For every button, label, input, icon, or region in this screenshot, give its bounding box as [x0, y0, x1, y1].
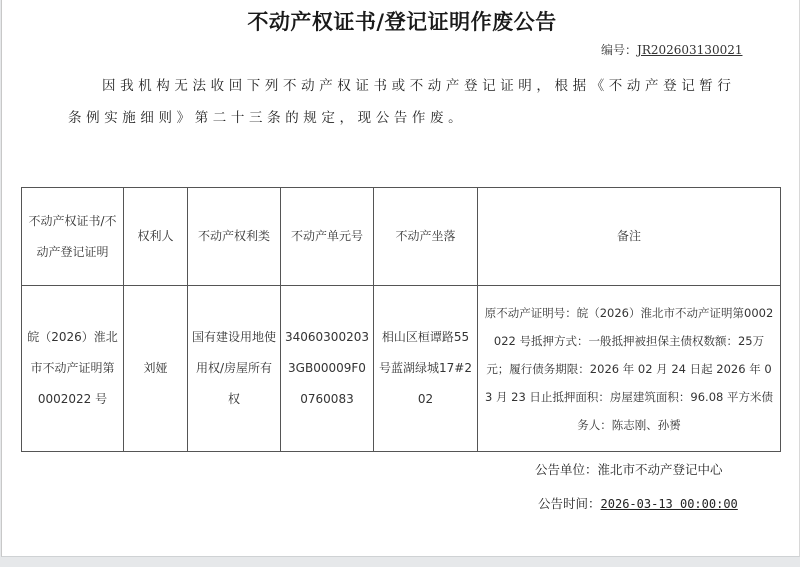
header-right-holder: 权利人: [124, 188, 188, 286]
header-unit-number: 不动产单元号: [281, 188, 374, 286]
serial-label: 编号：: [601, 43, 637, 57]
header-location: 不动产坐落: [374, 188, 478, 286]
cell-remark: 原不动产证明号：皖（2026）淮北市不动产证明第0002022 号抵押方式：一般…: [478, 286, 781, 452]
announcing-unit: 公告单位：淮北市不动产登记中心: [535, 460, 723, 478]
intro-paragraph: 因我机构无法收回下列不动产权证书或不动产登记证明，根据《不动产登记暂行条例实施细…: [68, 70, 736, 134]
cell-right-type: 国有建设用地使用权/房屋所有权: [188, 286, 281, 452]
announcement-time: 公告时间：2026-03-13 00:00:00: [538, 494, 738, 512]
header-certificate: 不动产权证书/不动产登记证明: [22, 188, 124, 286]
void-certificate-table: 不动产权证书/不动产登记证明 权利人 不动产权利类 不动产单元号 不动产坐落 备…: [21, 187, 781, 452]
notice-page: 不动产权证书/登记证明作废公告 编号：JR202603130021 因我机构无法…: [1, 0, 800, 557]
time-label: 公告时间：: [538, 496, 601, 511]
page-title: 不动产权证书/登记证明作废公告: [2, 6, 800, 36]
header-remark: 备注: [478, 188, 781, 286]
cell-unit-number: 340603002033GB00009F00760083: [281, 286, 374, 452]
table-header-row: 不动产权证书/不动产登记证明 权利人 不动产权利类 不动产单元号 不动产坐落 备…: [22, 188, 781, 286]
header-right-type: 不动产权利类: [188, 188, 281, 286]
cell-location: 相山区桓谭路55号蓝湖绿城17#202: [374, 286, 478, 452]
serial-value: JR202603130021: [637, 43, 742, 57]
cell-right-holder: 刘娅: [124, 286, 188, 452]
serial-number: 编号：JR202603130021: [601, 41, 742, 58]
table-row: 皖（2026）淮北市不动产证明第 0002022 号 刘娅 国有建设用地使用权/…: [22, 286, 781, 452]
time-value: 2026-03-13 00:00:00: [601, 497, 738, 511]
unit-value: 淮北市不动产登记中心: [598, 462, 723, 477]
cell-certificate: 皖（2026）淮北市不动产证明第 0002022 号: [22, 286, 124, 452]
unit-label: 公告单位：: [535, 462, 598, 477]
